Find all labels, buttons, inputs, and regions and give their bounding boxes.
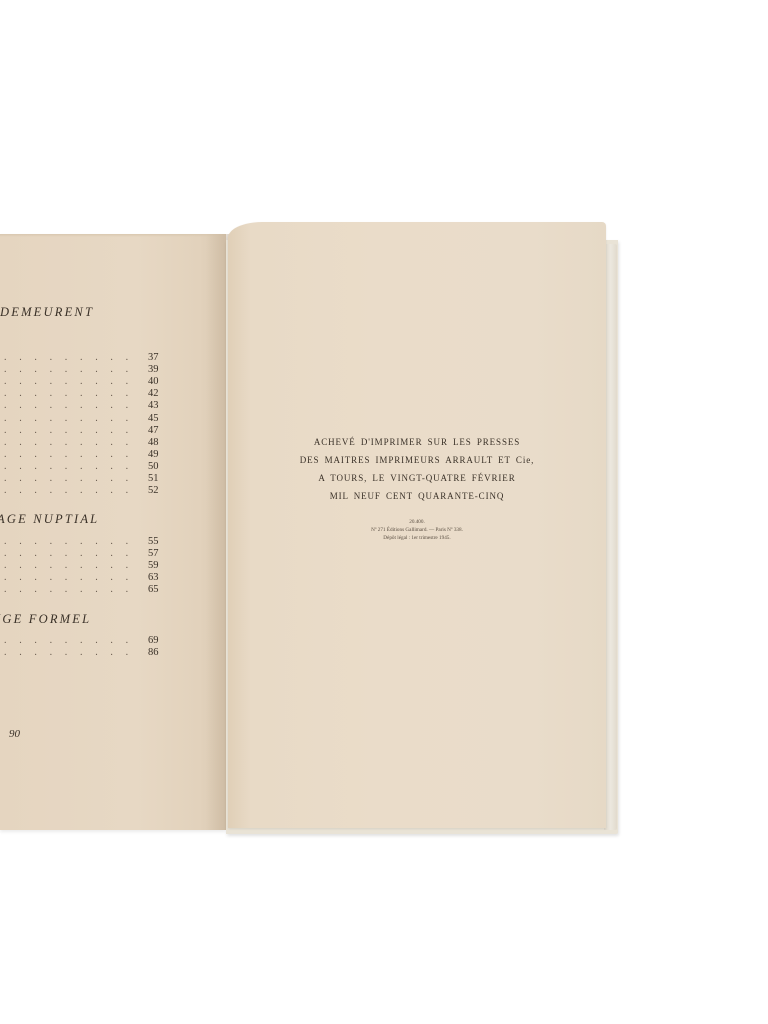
dot-leader: . . . . . . . . . . . . . . . . . . . . … [4, 352, 130, 364]
dot-leader: . . . . . . . . . . . . . . . . . . . . … [4, 425, 130, 437]
page-number: 90 [9, 728, 20, 740]
left-page: DEMEURENT . . . . . . . . . . . . . . . … [0, 234, 226, 830]
toc-entry: . . . . . . . . . . . . . . . . . . . . … [0, 485, 165, 497]
toc-entry: . . . . . . . . . . . . . . . . . . . . … [0, 635, 165, 647]
toc-entry: . . . . . . . . . . . . . . . . . . . . … [0, 400, 165, 412]
toc-page-number: 48 [148, 437, 159, 449]
dot-leader: . . . . . . . . . . . . . . . . . . . . … [4, 485, 130, 497]
toc-page-number: 37 [148, 352, 159, 364]
toc-entry: . . . . . . . . . . . . . . . . . . . . … [0, 352, 165, 364]
toc-page-number: 51 [148, 473, 159, 485]
toc-entry: . . . . . . . . . . . . . . . . . . . . … [0, 425, 165, 437]
toc-page-number: 55 [148, 536, 159, 548]
dot-leader: . . . . . . . . . . . . . . . . . . . . … [4, 635, 130, 647]
toc-page-number: 69 [148, 635, 159, 647]
toc-entry: . . . . . . . . . . . . . . . . . . . . … [0, 548, 165, 560]
toc-page-number: 86 [148, 647, 159, 659]
imprint-line: 20.400. [228, 519, 606, 525]
dot-leader: . . . . . . . . . . . . . . . . . . . . … [4, 388, 130, 400]
toc-entry: . . . . . . . . . . . . . . . . . . . . … [0, 413, 165, 425]
dot-leader: . . . . . . . . . . . . . . . . . . . . … [4, 461, 130, 473]
dot-leader: . . . . . . . . . . . . . . . . . . . . … [4, 584, 130, 596]
toc-page-number: 49 [148, 449, 159, 461]
toc-page-number: 50 [148, 461, 159, 473]
toc-page-number: 45 [148, 413, 159, 425]
dot-leader: . . . . . . . . . . . . . . . . . . . . … [4, 413, 130, 425]
toc-entry: . . . . . . . . . . . . . . . . . . . . … [0, 647, 165, 659]
toc-section-heading: IGE FORMEL [0, 612, 91, 627]
toc-entry: . . . . . . . . . . . . . . . . . . . . … [0, 560, 165, 572]
dot-leader: . . . . . . . . . . . . . . . . . . . . … [4, 437, 130, 449]
dot-leader: . . . . . . . . . . . . . . . . . . . . … [4, 647, 130, 659]
toc-entry: . . . . . . . . . . . . . . . . . . . . … [0, 572, 165, 584]
colophon-line: ACHEVÉ D'IMPRIMER SUR LES PRESSES [228, 437, 606, 447]
toc-section-heading: AGE NUPTIAL [0, 512, 99, 527]
toc-entry: . . . . . . . . . . . . . . . . . . . . … [0, 376, 165, 388]
toc-entry: . . . . . . . . . . . . . . . . . . . . … [0, 536, 165, 548]
colophon-line: A TOURS, LE VINGT-QUATRE FÉVRIER [228, 473, 606, 483]
dot-leader: . . . . . . . . . . . . . . . . . . . . … [4, 376, 130, 388]
dot-leader: . . . . . . . . . . . . . . . . . . . . … [4, 400, 130, 412]
imprint-line: Dépôt légal : 1er trimestre 1945. [228, 535, 606, 541]
toc-page-number: 57 [148, 548, 159, 560]
toc-page-number: 47 [148, 425, 159, 437]
toc-page-number: 52 [148, 485, 159, 497]
toc-entry: . . . . . . . . . . . . . . . . . . . . … [0, 449, 165, 461]
toc-page-number: 40 [148, 376, 159, 388]
dot-leader: . . . . . . . . . . . . . . . . . . . . … [4, 572, 130, 584]
right-page [228, 222, 606, 828]
imprint-line: Nº 271 Éditions Gallimard. — Paris Nº 33… [228, 527, 606, 533]
dot-leader: . . . . . . . . . . . . . . . . . . . . … [4, 449, 130, 461]
toc-page-number: 63 [148, 572, 159, 584]
dot-leader: . . . . . . . . . . . . . . . . . . . . … [4, 536, 130, 548]
colophon-line: MIL NEUF CENT QUARANTE-CINQ [228, 491, 606, 501]
toc-entry: . . . . . . . . . . . . . . . . . . . . … [0, 437, 165, 449]
toc-entry: . . . . . . . . . . . . . . . . . . . . … [0, 473, 165, 485]
toc-entry: . . . . . . . . . . . . . . . . . . . . … [0, 364, 165, 376]
dot-leader: . . . . . . . . . . . . . . . . . . . . … [4, 548, 130, 560]
dot-leader: . . . . . . . . . . . . . . . . . . . . … [4, 473, 130, 485]
dot-leader: . . . . . . . . . . . . . . . . . . . . … [4, 364, 130, 376]
toc-page-number: 65 [148, 584, 159, 596]
toc-entry: . . . . . . . . . . . . . . . . . . . . … [0, 388, 165, 400]
colophon-line: DES MAITRES IMPRIMEURS ARRAULT ET Cie, [228, 455, 606, 465]
toc-entry: . . . . . . . . . . . . . . . . . . . . … [0, 584, 165, 596]
toc-page-number: 59 [148, 560, 159, 572]
book-photo: DEMEURENT . . . . . . . . . . . . . . . … [0, 0, 768, 1024]
toc-section-heading: DEMEURENT [0, 305, 94, 320]
toc-entry: . . . . . . . . . . . . . . . . . . . . … [0, 461, 165, 473]
toc-page-number: 39 [148, 364, 159, 376]
dot-leader: . . . . . . . . . . . . . . . . . . . . … [4, 560, 130, 572]
toc-page-number: 43 [148, 400, 159, 412]
toc-page-number: 42 [148, 388, 159, 400]
